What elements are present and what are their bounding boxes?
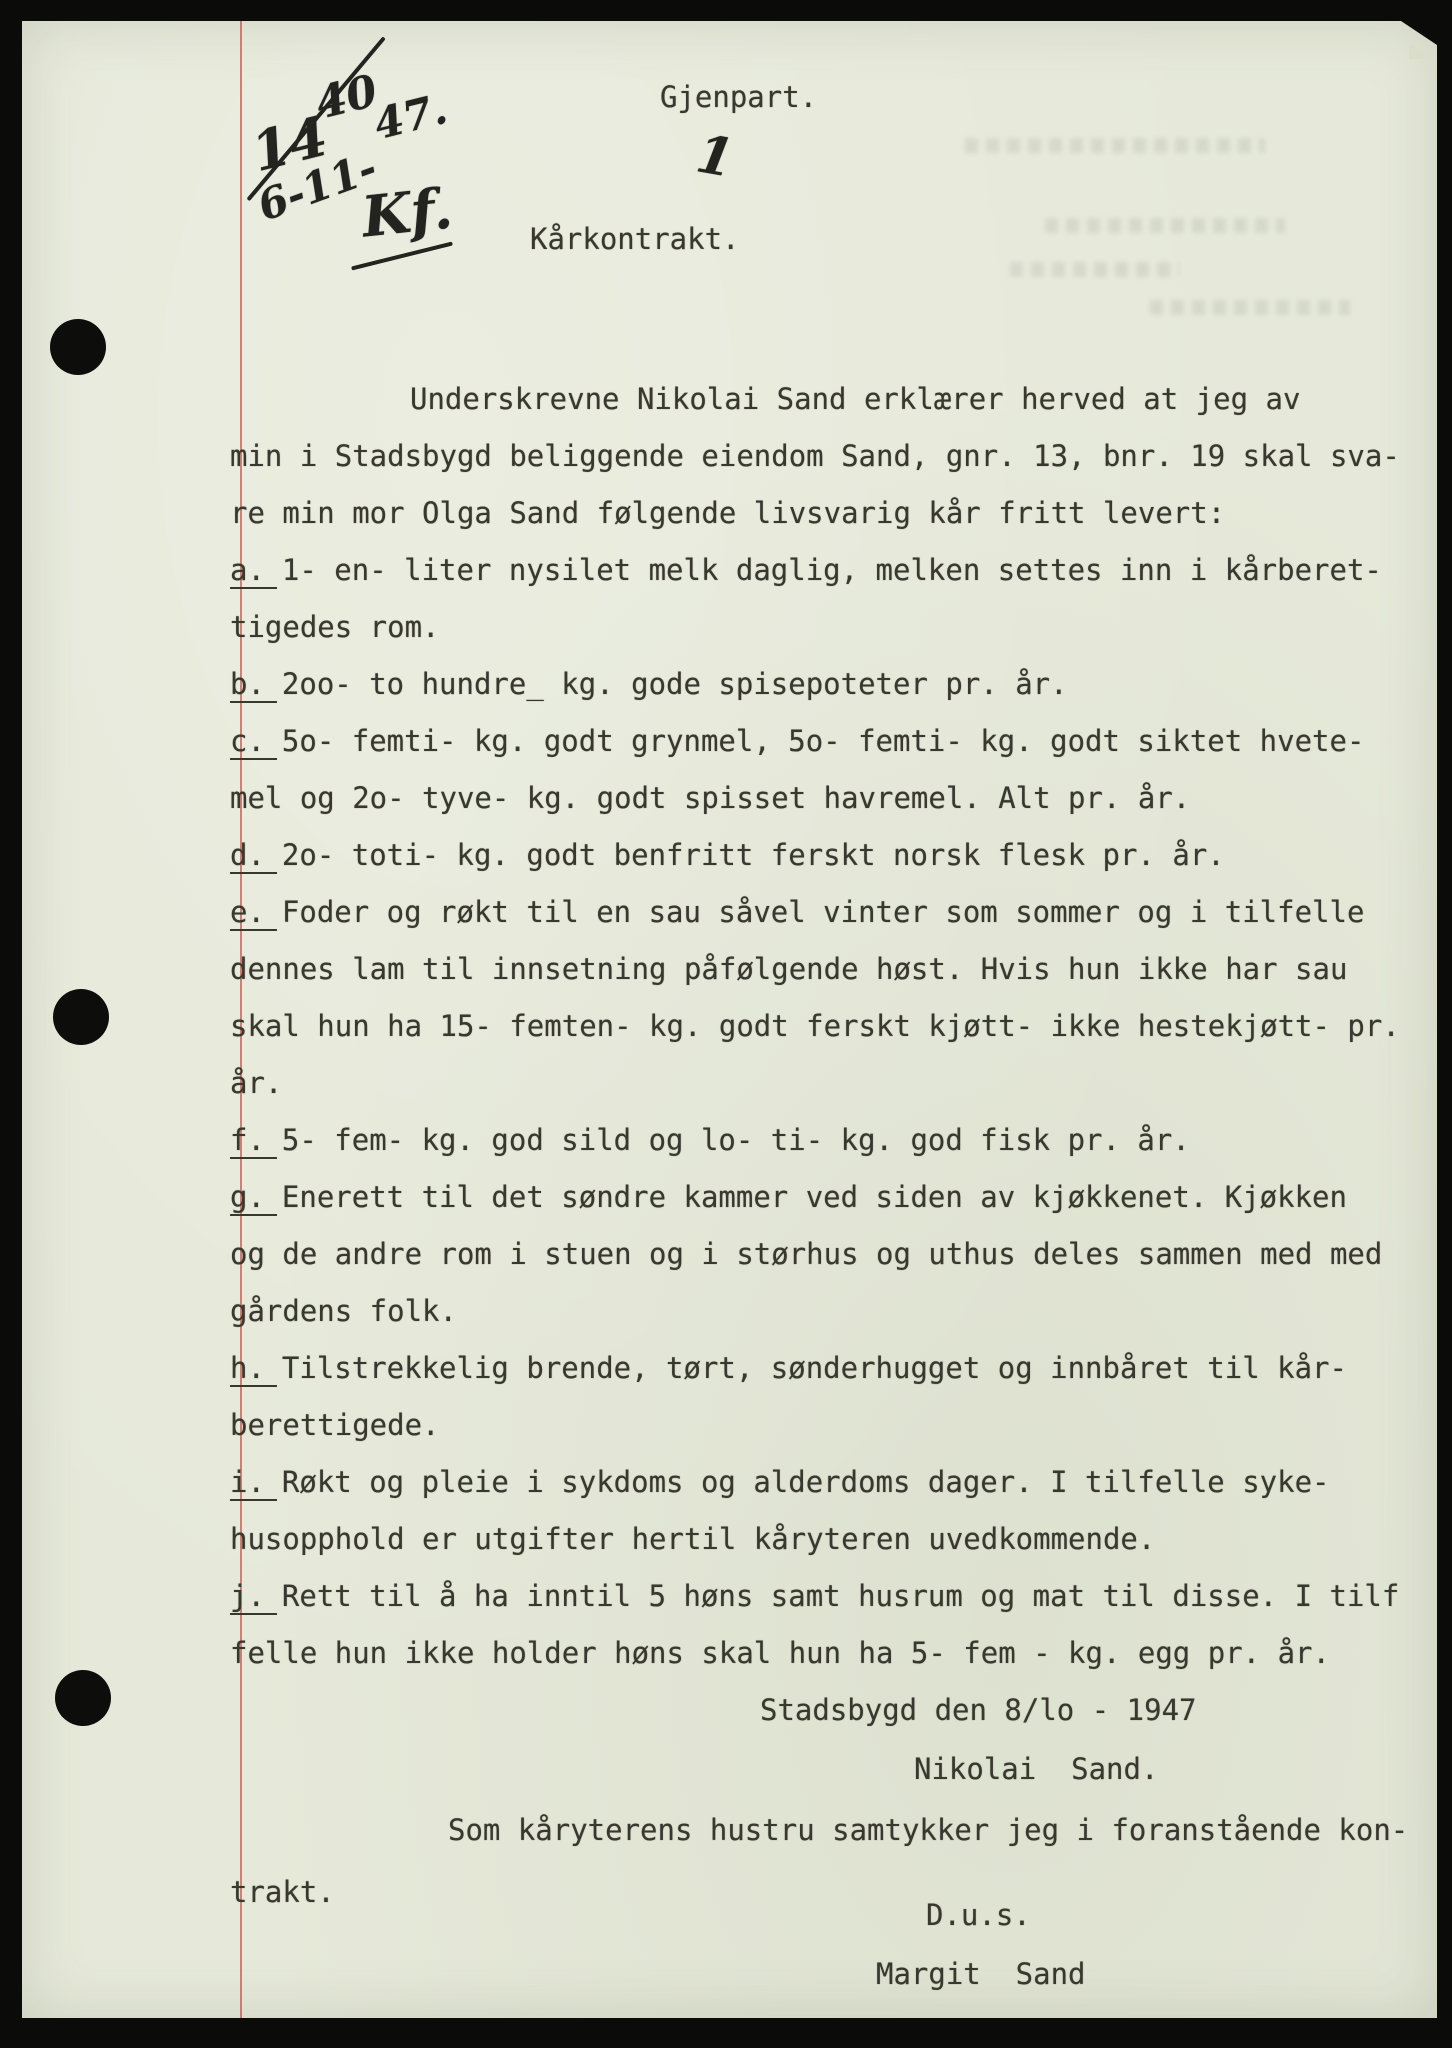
copy-label: Gjenpart. [660, 80, 817, 114]
body-line: Underskrevne Nikolai Sand erklærer herve… [410, 382, 1300, 416]
contract-item-f: f.5- fem- kg. god sild og lo- ti- kg. go… [230, 1123, 1190, 1159]
signature-margit-sand: Margit Sand [876, 1957, 1086, 1991]
dogear-corner-cut [1401, 21, 1437, 45]
signature-nikolai-sand: Nikolai Sand. [914, 1752, 1158, 1786]
item-text: Rett til å ha inntil 5 høns samt husrum … [282, 1579, 1399, 1613]
item-letter: f. [230, 1123, 277, 1159]
bleedthrough-smudge [1010, 262, 1180, 277]
item-letter: j. [230, 1579, 277, 1615]
item-letter: d. [230, 838, 277, 874]
punch-hole-top [50, 319, 106, 375]
item-text: Foder og røkt til en sau såvel vinter so… [282, 895, 1365, 929]
item-letter: b. [230, 667, 277, 703]
item-text: 2oo- to hundre_ kg. gode spisepoteter pr… [282, 667, 1068, 701]
body-line: og de andre rom i stuen og i størhus og … [230, 1237, 1382, 1271]
contract-item-d: d.2o- toti- kg. godt benfritt ferskt nor… [230, 838, 1225, 874]
item-text: Tilstrekkelig brende, tørt, sønderhugget… [282, 1351, 1347, 1385]
body-line: husopphold er utgifter hertil kåryteren … [230, 1522, 1155, 1556]
item-letter: i. [230, 1465, 277, 1501]
contract-item-g: g.Enerett til det søndre kammer ved side… [230, 1180, 1347, 1216]
body-line: berettigede. [230, 1408, 440, 1442]
item-text: 2o- toti- kg. godt benfritt ferskt norsk… [282, 838, 1225, 872]
contract-item-a: a.1- en- liter nysilet melk daglig, melk… [230, 553, 1382, 589]
body-line: år. [230, 1066, 282, 1100]
body-line: skal hun ha 15- femten- kg. godt ferskt … [230, 1009, 1400, 1043]
item-letter: e. [230, 895, 277, 931]
body-line: dennes lam til innsetning påfølgende høs… [230, 952, 1347, 986]
item-letter: g. [230, 1180, 277, 1216]
punch-hole-middle [53, 989, 109, 1045]
bleedthrough-smudge [1150, 300, 1350, 315]
item-text: 5o- femti- kg. godt grynmel, 5o- femti- … [282, 724, 1365, 758]
dus-abbreviation: D.u.s. [926, 1898, 1031, 1932]
contract-item-h: h.Tilstrekkelig brende, tørt, sønderhugg… [230, 1351, 1347, 1387]
contract-item-e: e.Foder og røkt til en sau såvel vinter … [230, 895, 1364, 931]
item-letter: a. [230, 553, 277, 589]
punch-hole-bottom [55, 1670, 111, 1726]
item-letter: c. [230, 724, 277, 760]
body-line: re min mor Olga Sand følgende livsvarig … [230, 496, 1225, 530]
consent-line: Som kåryterens hustru samtykker jeg i fo… [448, 1813, 1408, 1847]
item-letter: h. [230, 1351, 277, 1387]
contract-item-c: c.5o- femti- kg. godt grynmel, 5o- femti… [230, 724, 1364, 760]
contract-item-i: i.Røkt og pleie i sykdoms og alderdoms d… [230, 1465, 1330, 1501]
handwritten-initials: Kf. [359, 175, 456, 250]
item-text: 1- en- liter nysilet melk daglig, melken… [282, 553, 1382, 587]
place-date-line: Stadsbygd den 8/lo - 1947 [760, 1693, 1197, 1727]
item-text: Enerett til det søndre kammer ved siden … [282, 1180, 1347, 1214]
body-line: felle hun ikke holder høns skal hun ha 5… [230, 1636, 1330, 1670]
scanned-document-page: { "doc": { "header": { "copy_label": "Gj… [0, 0, 1452, 2048]
document-title: Kårkontrakt. [530, 222, 740, 256]
consent-line: trakt. [230, 1875, 335, 1909]
body-line: gårdens folk. [230, 1294, 457, 1328]
body-line: tigedes rom. [230, 610, 440, 644]
item-text: Røkt og pleie i sykdoms og alderdoms dag… [282, 1465, 1330, 1499]
item-text: 5- fem- kg. god sild og lo- ti- kg. god … [282, 1123, 1190, 1157]
bleedthrough-smudge [965, 138, 1265, 153]
contract-item-j: j.Rett til å ha inntil 5 høns samt husru… [230, 1579, 1399, 1615]
body-line: min i Stadsbygd beliggende eiendom Sand,… [230, 439, 1400, 473]
dogear-corner-fold [1409, 43, 1435, 59]
body-line: mel og 2o- tyve- kg. godt spisset havrem… [230, 781, 1190, 815]
bleedthrough-smudge [1045, 218, 1285, 233]
contract-item-b: b.2oo- to hundre_ kg. gode spisepoteter … [230, 667, 1068, 703]
